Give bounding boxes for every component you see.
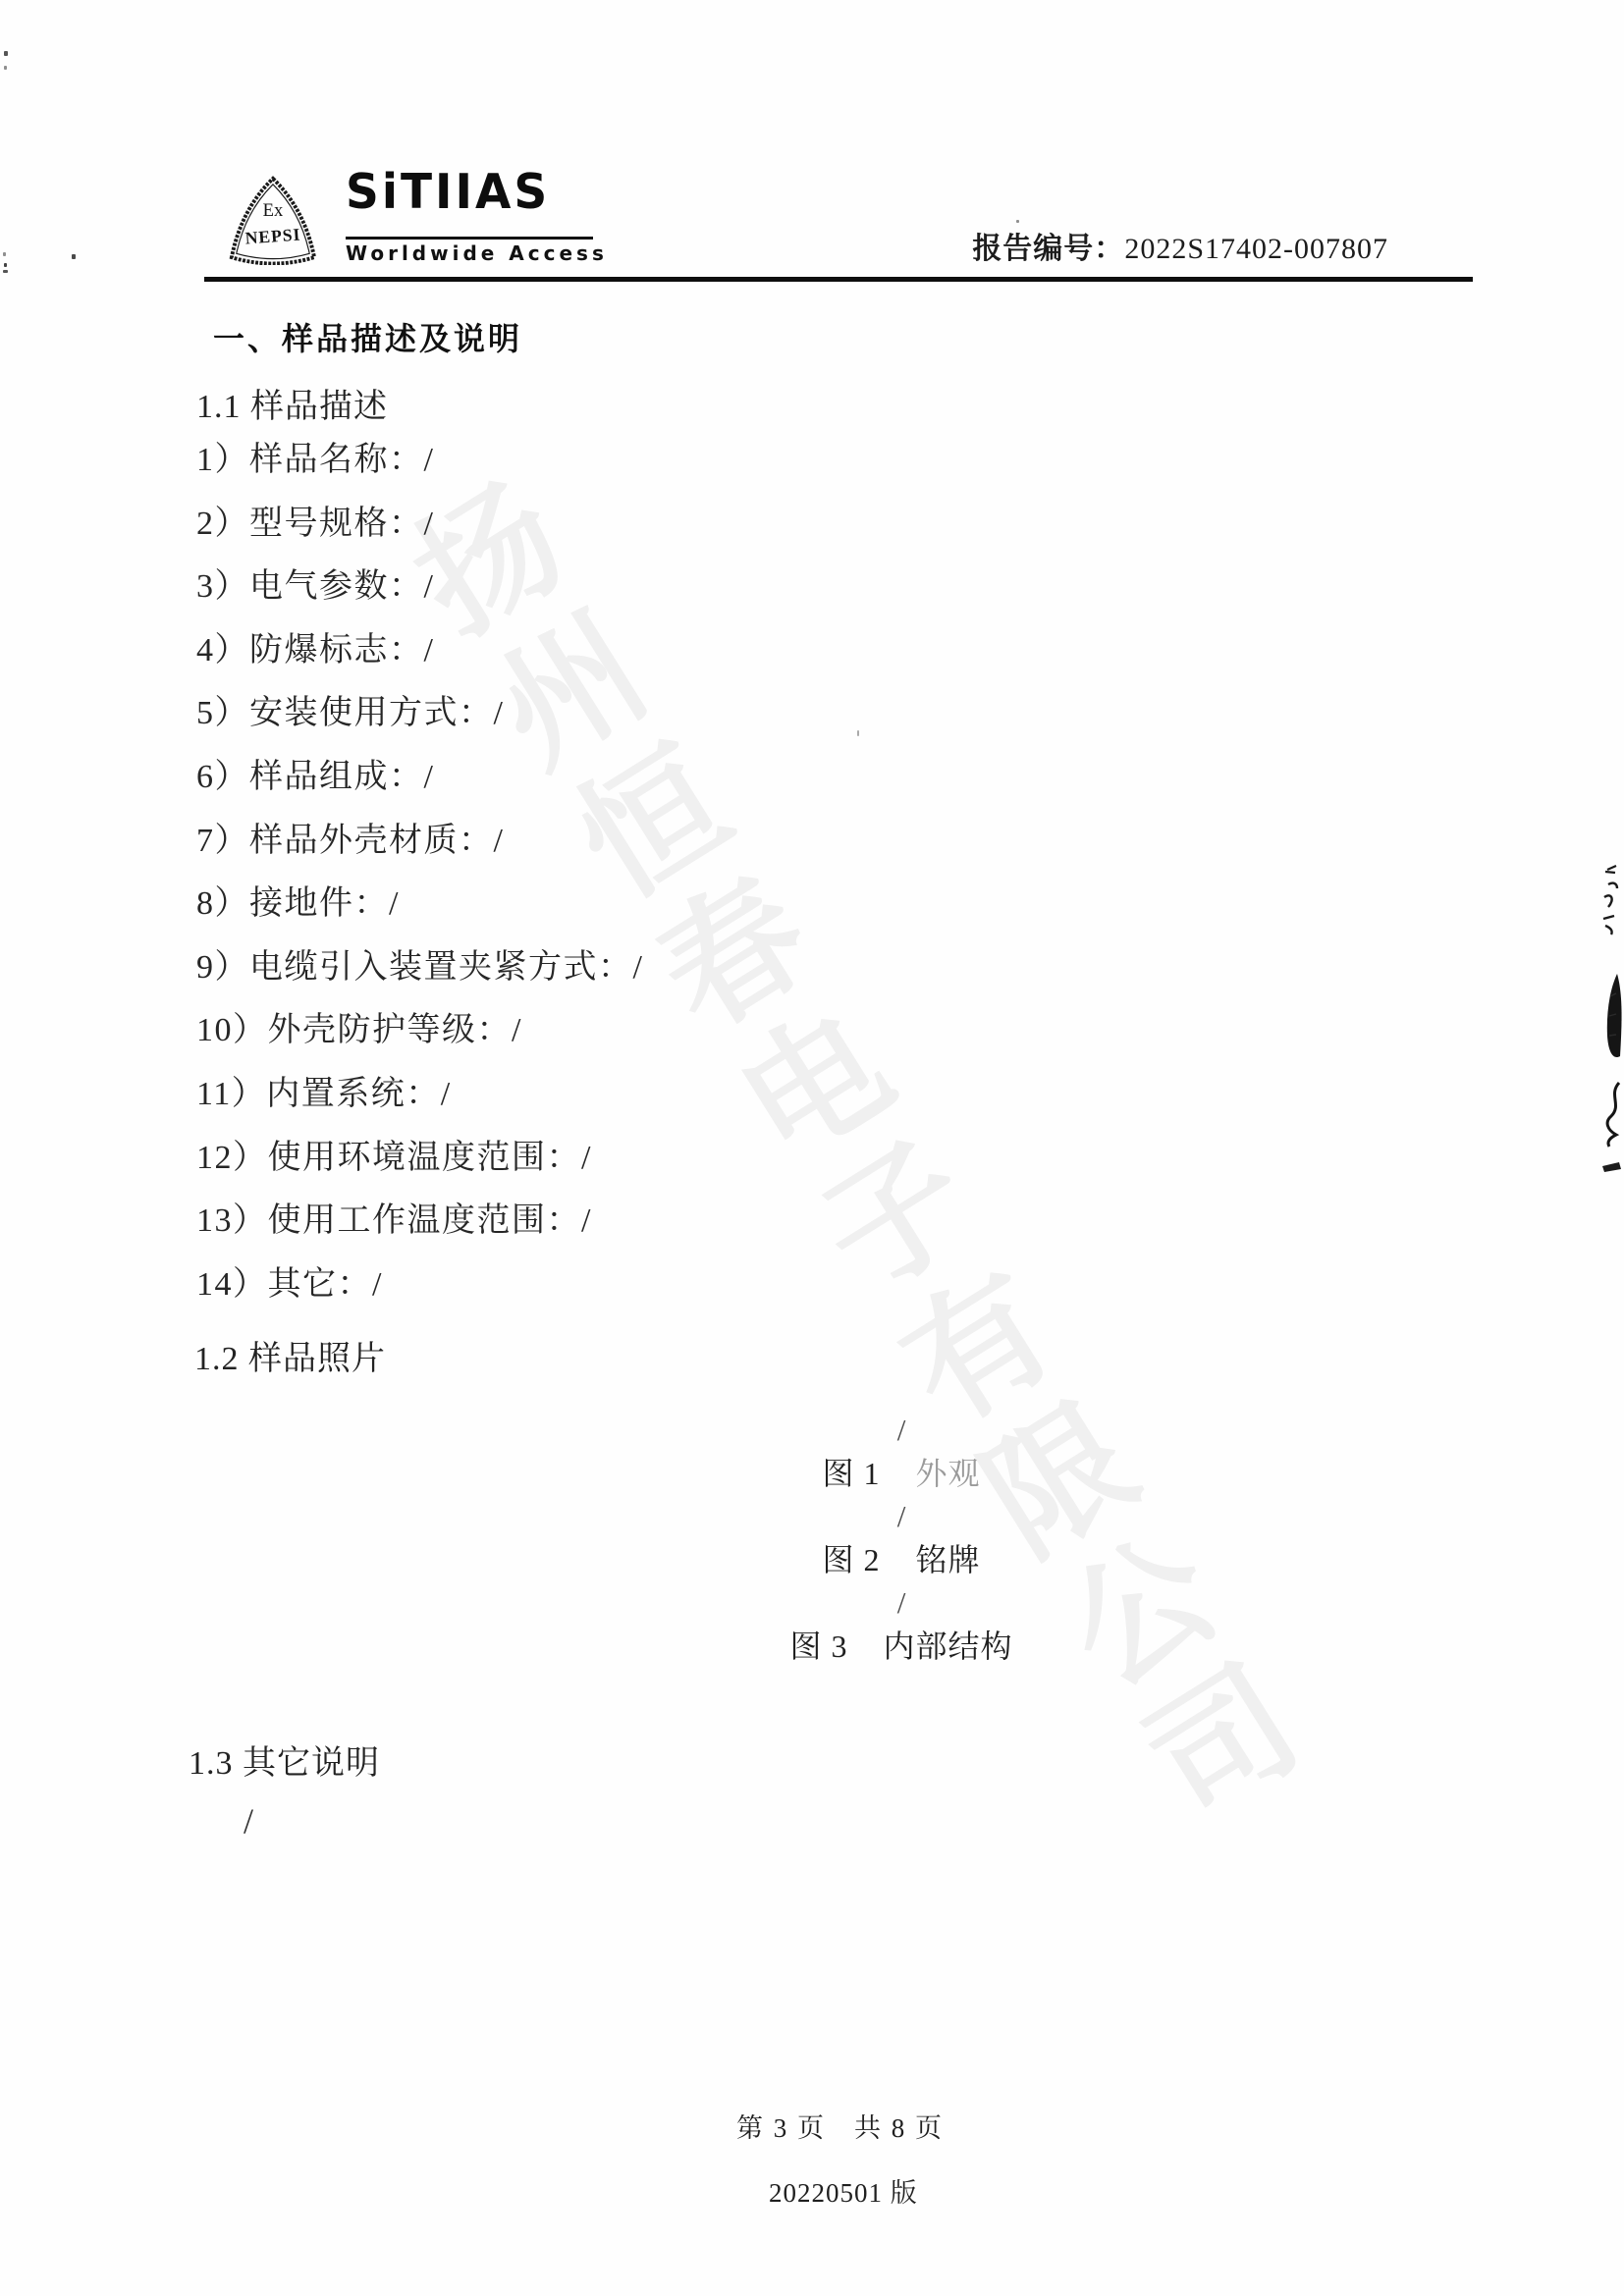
figure-title: 铭牌 <box>916 1542 981 1577</box>
subsection-1-3-heading: 1.3 其它说明 <box>189 1735 380 1784</box>
logo-wordmark: SiTIIAS <box>346 164 550 221</box>
figure-caption: 图 3内部结构 <box>685 1625 1117 1668</box>
scan-speck <box>4 66 7 70</box>
figure-placeholder: / <box>685 1409 1117 1452</box>
section-heading: 一、样品描述及说明 <box>213 314 522 359</box>
scan-speck <box>72 254 76 259</box>
other-notes-value: / <box>244 1800 253 1842</box>
list-item: 1）样品名称：/ <box>196 429 1276 493</box>
footer-version: 20220501 版 <box>769 2171 918 2210</box>
list-item: 7）样品外壳材质：/ <box>196 810 1276 874</box>
figures-block: /图 1外观/图 2铭牌/图 3内部结构 <box>685 1409 1117 1668</box>
document-page: 扬州恒春电子有限公司 Ex NEPSI SiTIIAS Worldwide Ac… <box>0 0 1624 2296</box>
figure-label: 图 2 <box>822 1542 880 1577</box>
list-item: 11）内置系统：/ <box>196 1063 1276 1127</box>
figure-placeholder: / <box>685 1581 1117 1625</box>
list-item: 13）使用工作温度范围：/ <box>196 1190 1276 1254</box>
figure-caption: 图 1外观 <box>685 1452 1117 1495</box>
subsection-1-2-heading: 1.2 样品照片 <box>194 1331 386 1379</box>
subsection-1-1-heading: 1.1 样品描述 <box>196 379 388 427</box>
nepsi-ex-mark-icon: Ex NEPSI <box>224 175 322 265</box>
logo-ex-text: Ex <box>263 200 284 221</box>
list-item: 14）其它：/ <box>196 1254 1276 1317</box>
list-item: 2）型号规格：/ <box>196 493 1276 557</box>
scan-speck <box>4 263 7 267</box>
list-item: 6）样品组成：/ <box>196 746 1276 810</box>
figure-title: 内部结构 <box>884 1629 1013 1664</box>
list-item: 5）安装使用方式：/ <box>196 682 1276 746</box>
list-item: 12）使用环境温度范围：/ <box>196 1127 1276 1191</box>
scan-ink-artifacts <box>1596 859 1624 1183</box>
figure-title: 外观 <box>916 1456 981 1491</box>
header-divider <box>204 277 1473 282</box>
list-item: 3）电气参数：/ <box>196 556 1276 619</box>
logo-nepsi-text: NEPSI <box>244 225 301 248</box>
list-item: 10）外壳防护等级：/ <box>196 999 1276 1063</box>
figure-placeholder: / <box>685 1495 1117 1538</box>
scan-speck <box>3 252 6 256</box>
scan-speck <box>857 730 859 736</box>
footer-page-info: 第 3 页 共 8 页 <box>736 2107 944 2145</box>
list-item: 9）电缆引入装置夹紧方式：/ <box>196 936 1276 1000</box>
page-content: Ex NEPSI SiTIIAS Worldwide Access 报告编号：2… <box>0 0 1624 2296</box>
figure-caption: 图 2铭牌 <box>685 1538 1117 1581</box>
figure-label: 图 3 <box>789 1629 847 1664</box>
report-number-line: 报告编号：2022S17402-007807 <box>972 224 1388 267</box>
logo-tagline: Worldwide Access <box>346 241 608 265</box>
scan-speck <box>4 51 8 56</box>
list-item: 4）防爆标志：/ <box>196 619 1276 683</box>
sample-description-list: 1）样品名称：/2）型号规格：/3）电气参数：/4）防爆标志：/5）安装使用方式… <box>196 429 1276 1316</box>
list-item: 8）接地件：/ <box>196 873 1276 936</box>
figure-label: 图 1 <box>822 1456 880 1491</box>
scan-speck <box>3 270 8 273</box>
report-number-label: 报告编号： <box>972 233 1124 265</box>
scan-speck <box>1016 220 1019 223</box>
sitiias-logo: Ex NEPSI SiTIIAS Worldwide Access <box>224 173 617 267</box>
report-number-value: 2022S17402-007807 <box>1124 233 1388 265</box>
logo-rule <box>346 237 593 240</box>
